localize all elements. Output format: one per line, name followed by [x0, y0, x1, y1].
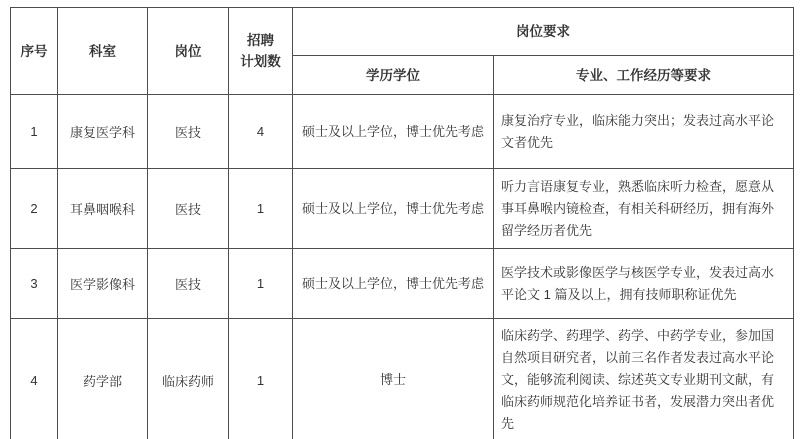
cell-index: 3 — [11, 249, 58, 319]
cell-department: 耳鼻咽喉科 — [58, 169, 148, 249]
cell-plan-count: 1 — [229, 249, 293, 319]
header-col-plan-count: 招聘计划数 — [229, 8, 293, 95]
cell-department: 康复医学科 — [58, 95, 148, 169]
cell-education: 硕士及以上学位，博士优先考虑 — [293, 249, 494, 319]
cell-plan-count: 4 — [229, 95, 293, 169]
cell-education: 硕士及以上学位，博士优先考虑 — [293, 95, 494, 169]
table-row: 1 康复医学科 医技 4 硕士及以上学位，博士优先考虑 康复治疗专业，临床能力突… — [11, 95, 794, 169]
header-col-experience: 专业、工作经历等要求 — [494, 56, 794, 95]
header-col-department: 科室 — [58, 8, 148, 95]
table-row: 4 药学部 临床药师 1 博士 临床药学、药理学、药学、中药学专业，参加国自然项… — [11, 319, 794, 439]
cell-education: 硕士及以上学位，博士优先考虑 — [293, 169, 494, 249]
cell-position: 医技 — [148, 169, 229, 249]
cell-experience: 临床药学、药理学、药学、中药学专业，参加国自然项目研究者，以前三名作者发表过高水… — [494, 319, 794, 439]
recruitment-table: 序号 科室 岗位 招聘计划数 岗位要求 学历学位 专业、工作经历等要求 1 康复… — [10, 7, 794, 439]
cell-plan-count: 1 — [229, 169, 293, 249]
cell-position: 医技 — [148, 95, 229, 169]
table-row: 2 耳鼻咽喉科 医技 1 硕士及以上学位，博士优先考虑 听力言语康复专业，熟悉临… — [11, 169, 794, 249]
cell-index: 2 — [11, 169, 58, 249]
cell-plan-count: 1 — [229, 319, 293, 439]
header-plan-line2: 计划数 — [240, 54, 281, 69]
cell-education: 博士 — [293, 319, 494, 439]
cell-department: 医学影像科 — [58, 249, 148, 319]
cell-index: 1 — [11, 95, 58, 169]
table-row: 3 医学影像科 医技 1 硕士及以上学位，博士优先考虑 医学技术或影像医学与核医… — [11, 249, 794, 319]
cell-experience: 康复治疗专业，临床能力突出；发表过高水平论文者优先 — [494, 95, 794, 169]
header-col-requirements-group: 岗位要求 — [293, 8, 794, 56]
header-col-position: 岗位 — [148, 8, 229, 95]
cell-department: 药学部 — [58, 319, 148, 439]
header-col-index: 序号 — [11, 8, 58, 95]
header-plan-line1: 招聘 — [247, 33, 274, 48]
cell-index: 4 — [11, 319, 58, 439]
cell-position: 医技 — [148, 249, 229, 319]
cell-experience: 听力言语康复专业，熟悉临床听力检查，愿意从事耳鼻喉内镜检查，有相关科研经历，拥有… — [494, 169, 794, 249]
cell-position: 临床药师 — [148, 319, 229, 439]
header-col-education: 学历学位 — [293, 56, 494, 95]
header-row-top: 序号 科室 岗位 招聘计划数 岗位要求 — [11, 8, 794, 56]
cell-experience: 医学技术或影像医学与核医学专业，发表过高水平论文 1 篇及以上，拥有技师职称证优… — [494, 249, 794, 319]
recruitment-table-container: 序号 科室 岗位 招聘计划数 岗位要求 学历学位 专业、工作经历等要求 1 康复… — [10, 7, 794, 439]
page: 序号 科室 岗位 招聘计划数 岗位要求 学历学位 专业、工作经历等要求 1 康复… — [0, 0, 800, 439]
